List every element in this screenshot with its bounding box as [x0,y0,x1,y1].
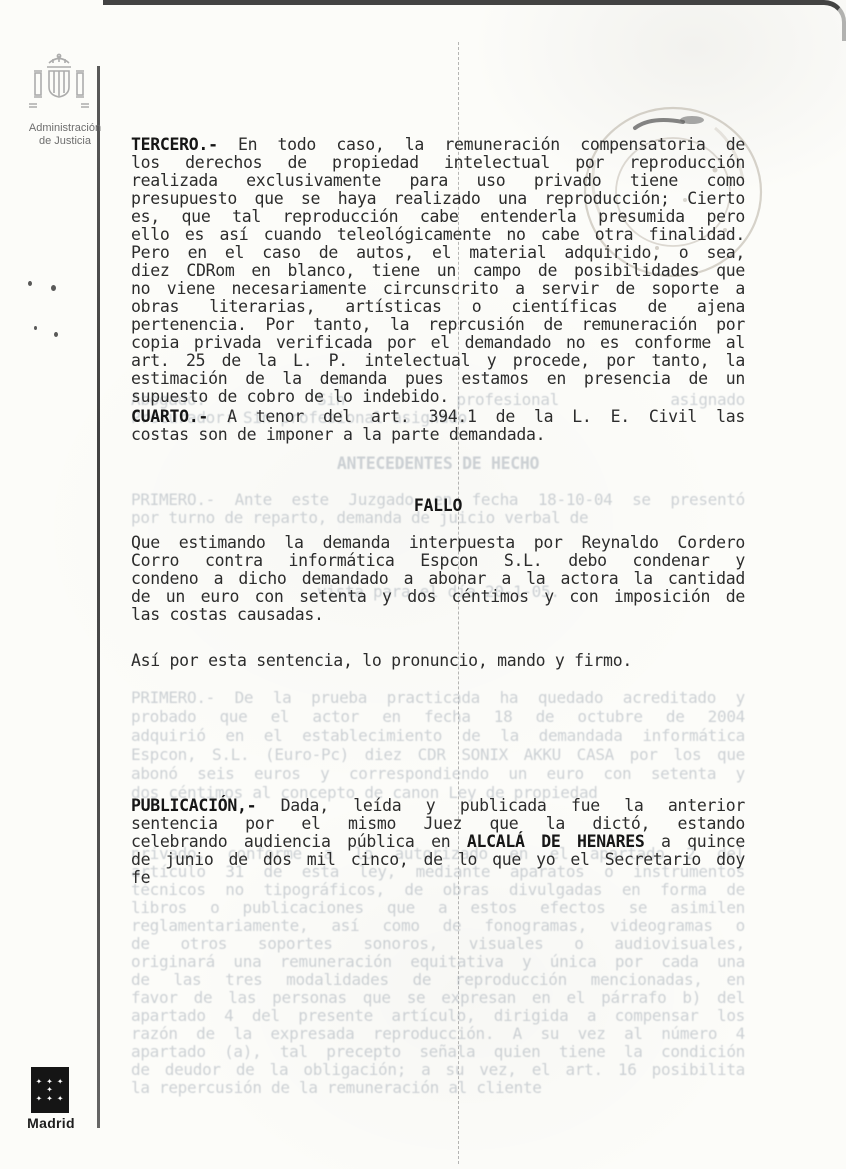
text-line: es, que tal reproducción cabe entenderla… [131,208,745,226]
text-line: razón de la expresada reproducción. A su… [131,1025,745,1043]
text-line: probado que el actor en fecha 18 de octu… [131,707,745,726]
scanned-page: Administración de Justicia Abogado: Sin … [0,0,846,1169]
ghost-antecedentes-heading: ANTECEDENTES DE HECHO [131,455,745,473]
text-line: condeno a dicho demandado a abonar a la … [131,570,745,588]
text-line: PRIMERO.- De la prueba practicada ha que… [131,688,745,707]
text-line: pertenencia. Por tanto, la reprcusión de… [131,316,745,334]
text-line: fe [131,869,745,887]
madrid-stars-icon: ✦ ✦ ✦ ✦ [31,1078,69,1094]
text-line: adquirió en el establecimiento de la dem… [131,726,745,745]
text-line: la repercusión de la remuneración al cli… [131,1079,745,1097]
text-line: realizada exclusivamente para uso privad… [131,172,745,190]
text-line: de junio de dos mil cinco, de lo que yo … [131,851,745,869]
text-line: Así por esta sentencia, lo pronuncio, ma… [131,652,745,670]
text-line: ello es así cuando teleológicamente no c… [131,226,745,244]
text-line: sentencia por el mismo Juez que la dictó… [131,815,745,833]
text-line: apartado (a), tal precepto señala quien … [131,1043,745,1061]
text-line: diez CDRom en blanco, tiene un campo de … [131,262,745,280]
text-line: Espcon, S.L. (Euro-Pc) diez CDR SONIX AK… [131,745,745,764]
text-line: las costas causadas. [131,606,745,624]
text-line: apartado 4 del presente artículo, dirigi… [131,1007,745,1025]
text-line: presupuesto que se haya realizado una re… [131,190,745,208]
text-line: TERCERO.- En todo caso, la remuneración … [131,136,745,154]
text-line: Pero en el caso de autos, el material ad… [131,244,745,262]
text-line: celebrando audiencia pública en ALCALÁ D… [131,833,745,851]
ghost-heading-text: ANTECEDENTES DE HECHO [131,455,745,473]
institution-label-line1: Administración [6,122,124,135]
text-line: de las tres modalidades de reproducción … [131,971,745,989]
text-line: reglamentariamente, así como de fonogram… [131,917,745,935]
fallo-heading: FALLO [131,497,745,515]
paragraph-fallo: Que estimando la demanda interpuesta por… [131,534,745,624]
text-line: favor de las personas que se expresan en… [131,989,745,1007]
ink-speck [54,332,58,337]
text-line: PUBLICACIÓN,- Dada, leída y publicada fu… [131,797,745,815]
madrid-logo-label: Madrid [20,1115,82,1131]
text-line: estimación de la demanda pues estamos en… [131,370,745,388]
text-line: obras literarias, artísticas o científic… [131,298,745,316]
text-line: copia privada verificada por el demandad… [131,334,745,352]
text-line: abonó seis euros y correspondiendo un eu… [131,764,745,783]
text-line: de un euro con setenta y dos céntimos y … [131,588,745,606]
text-line: supuesto de cobro de lo indebido. [131,388,745,406]
text-line: Corro contra informática Espcon S.L. deb… [131,552,745,570]
paragraph-cuarto: CUARTO.- A tenor del art. 394.1 de la L.… [131,408,745,444]
text-line: los derechos de propiedad intelectual po… [131,154,745,172]
paragraph-tercero: TERCERO.- En todo caso, la remuneración … [131,136,745,406]
text-line: costas son de imponer a la parte demanda… [131,426,745,444]
text-line: de deudor de la obligación; a su vez, el… [131,1061,745,1079]
text-line: CUARTO.- A tenor del art. 394.1 de la L.… [131,408,745,426]
madrid-stars-icon: ✦ ✦ ✦ [31,1095,69,1103]
text-line: Que estimando la demanda interpuesta por… [131,534,745,552]
paragraph-publicacion: PUBLICACIÓN,- Dada, leída y publicada fu… [131,797,745,887]
coat-of-arms-icon [26,52,92,126]
text-line: de otros soportes sonoros, visuales o au… [131,935,745,953]
ink-speck [28,281,32,286]
ink-speck [51,285,56,291]
paragraph-closing: Así por esta sentencia, lo pronuncio, ma… [131,652,745,670]
ink-speck [34,326,37,330]
left-margin-rule [97,66,100,1128]
institution-label-line2: de Justicia [6,135,124,148]
ghost-fundamentos-block: PRIMERO.- De la prueba practicada ha que… [131,688,745,802]
madrid-flag-logo: ✦ ✦ ✦ ✦ ✦ ✦ ✦ [31,1067,69,1113]
scan-top-edge-artifact [103,0,846,41]
institution-label: Administración de Justicia [6,122,124,148]
text-line: originará una remuneración equitativa y … [131,953,745,971]
text-line: art. 25 de la L. P. intelectual y proced… [131,352,745,370]
fallo-heading-text: FALLO [131,497,745,515]
text-line: libros o publicaciones que a estos efect… [131,899,745,917]
text-line: no viene necesariamente circunscrito a s… [131,280,745,298]
